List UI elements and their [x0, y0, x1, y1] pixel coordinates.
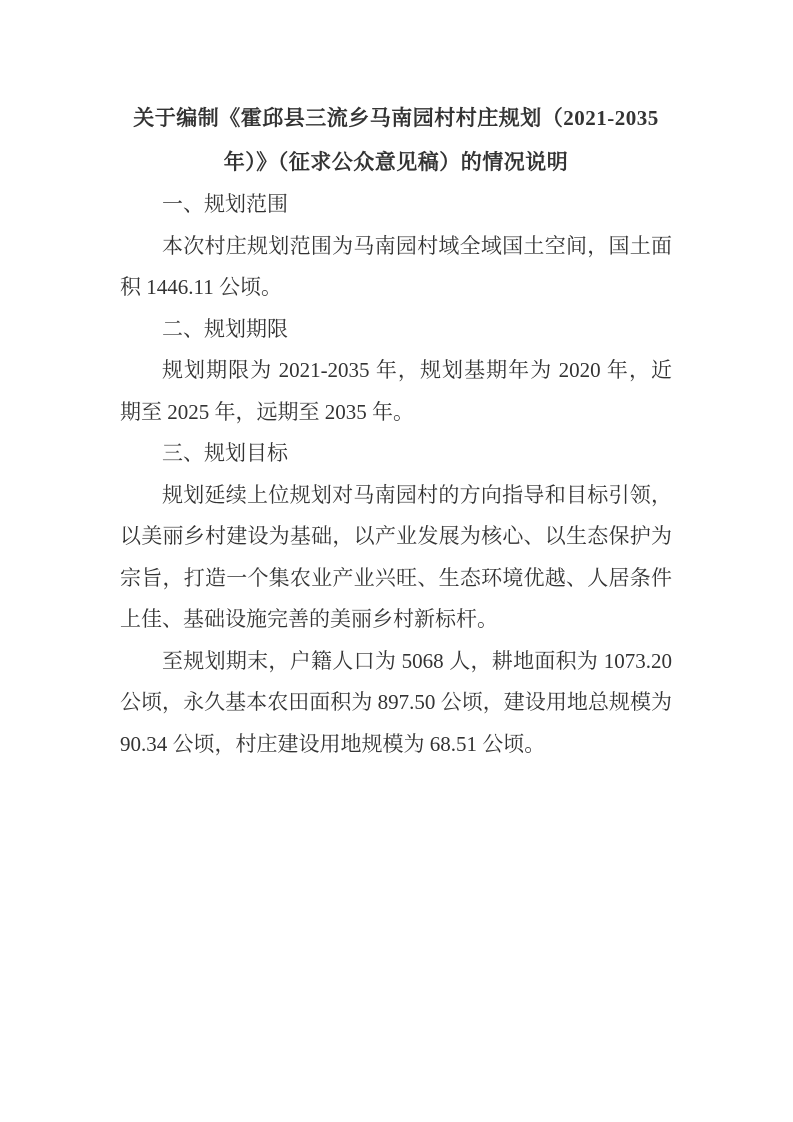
paragraph-planning-indicators: 至规划期末，户籍人口为 5068 人，耕地面积为 1073.20 公顷，永久基本…	[120, 641, 672, 766]
section-heading-planning-period: 二、规划期限	[120, 309, 672, 351]
document-page: 关于编制《霍邱县三流乡马南园村村庄规划（2021-2035 年）》（征求公众意见…	[0, 0, 793, 1122]
paragraph-planning-period: 规划期限为 2021-2035 年，规划基期年为 2020 年，近期至 2025…	[120, 350, 672, 433]
section-heading-planning-scope: 一、规划范围	[120, 184, 672, 226]
document-title: 关于编制《霍邱县三流乡马南园村村庄规划（2021-2035 年）》（征求公众意见…	[120, 96, 672, 184]
document-title-line-2: 年）》（征求公众意见稿）的情况说明	[120, 140, 672, 184]
section-heading-planning-goals: 三、规划目标	[120, 433, 672, 475]
document-title-line-1: 关于编制《霍邱县三流乡马南园村村庄规划（2021-2035	[120, 96, 672, 140]
paragraph-planning-goals: 规划延续上位规划对马南园村的方向指导和目标引领，以美丽乡村建设为基础，以产业发展…	[120, 475, 672, 641]
paragraph-planning-scope: 本次村庄规划范围为马南园村域全域国土空间，国土面积 1446.11 公顷。	[120, 226, 672, 309]
